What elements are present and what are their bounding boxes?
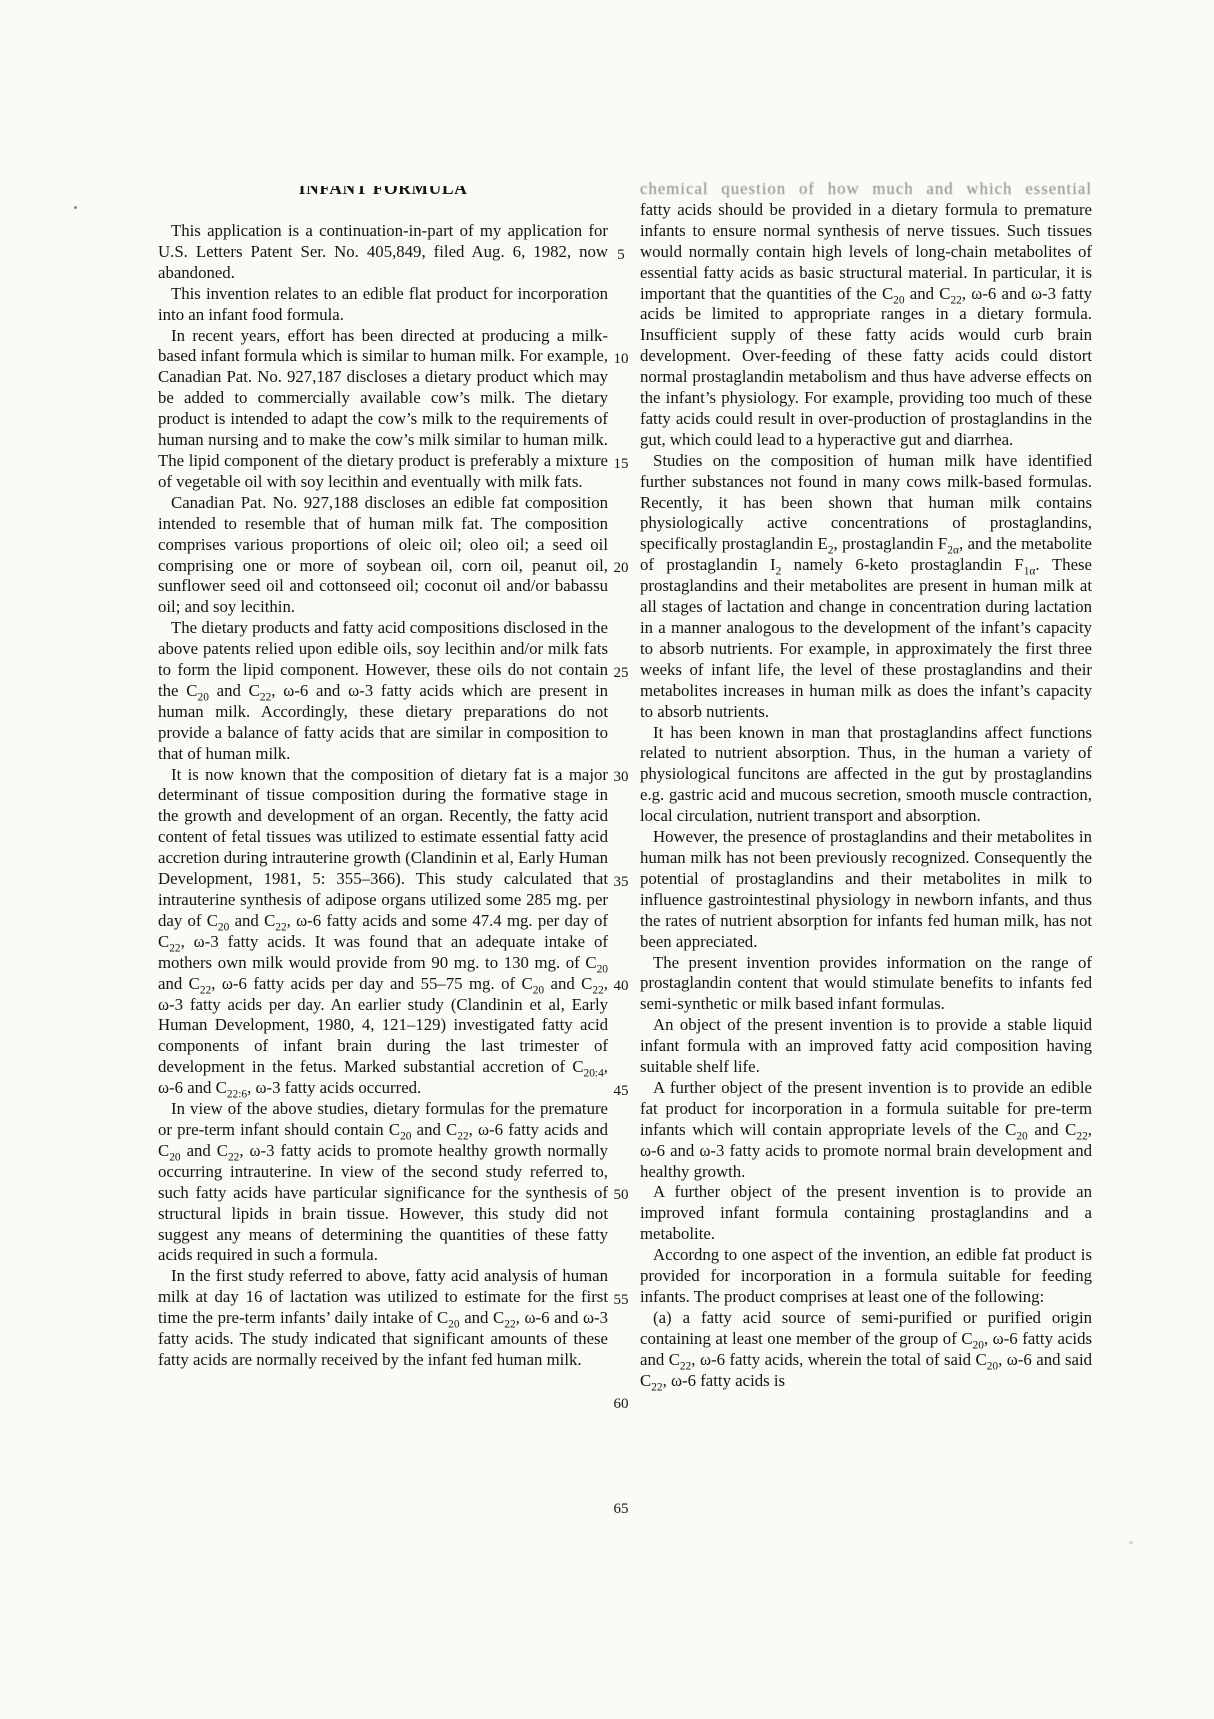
- line-number: 60: [604, 1394, 638, 1415]
- line-number: 45: [604, 1081, 638, 1102]
- right-column-text: fatty acids should be provided in a diet…: [640, 200, 1092, 1392]
- truncated-top-line: chemical question of how much and which …: [640, 179, 1092, 200]
- line-number: 65: [604, 1499, 638, 1520]
- page-title: INFANT FORMULA: [158, 186, 608, 201]
- line-number: 40: [604, 976, 638, 997]
- patent-document-page: INFANT FORMULA This application is a con…: [0, 0, 1214, 1719]
- line-number: 20: [604, 558, 638, 579]
- paragraph: A further object of the present inventio…: [640, 1182, 1092, 1245]
- paragraph: Studies on the composition of human milk…: [640, 451, 1092, 723]
- scan-speck: [1129, 1541, 1133, 1544]
- line-number: 10: [604, 349, 638, 370]
- paragraph: Accordng to one aspect of the invention,…: [640, 1245, 1092, 1308]
- paragraph: It is now known that the composition of …: [158, 765, 608, 1100]
- paragraph: fatty acids should be provided in a diet…: [640, 200, 1092, 451]
- paragraph: (a) a fatty acid source of semi-purified…: [640, 1308, 1092, 1392]
- line-number: 35: [604, 872, 638, 893]
- scan-speck: [74, 206, 77, 209]
- paragraph: In recent years, effort has been directe…: [158, 326, 608, 493]
- paragraph: The present invention provides informati…: [640, 953, 1092, 1016]
- left-column-text: This application is a continuation-in-pa…: [158, 221, 608, 1371]
- left-column: INFANT FORMULA This application is a con…: [158, 186, 608, 1371]
- line-number: 5: [604, 245, 638, 266]
- paragraph: It has been known in man that prostaglan…: [640, 723, 1092, 828]
- paragraph: The dietary products and fatty acid comp…: [158, 618, 608, 764]
- line-number: 15: [604, 454, 638, 475]
- paragraph: This application is a continuation-in-pa…: [158, 221, 608, 284]
- line-number: 25: [604, 663, 638, 684]
- line-number: 55: [604, 1290, 638, 1311]
- right-column: chemical question of how much and which …: [640, 179, 1092, 1392]
- page-title-text: INFANT FORMULA: [158, 186, 608, 198]
- paragraph: In view of the above studies, dietary fo…: [158, 1099, 608, 1266]
- line-number: 50: [604, 1185, 638, 1206]
- paragraph: An object of the present invention is to…: [640, 1015, 1092, 1078]
- line-number: 30: [604, 767, 638, 788]
- paragraph: In the first study referred to above, fa…: [158, 1266, 608, 1371]
- paragraph: Canadian Pat. No. 927,188 discloses an e…: [158, 493, 608, 618]
- paragraph: However, the presence of prostaglandins …: [640, 827, 1092, 952]
- paragraph: This invention relates to an edible flat…: [158, 284, 608, 326]
- paragraph: A further object of the present inventio…: [640, 1078, 1092, 1183]
